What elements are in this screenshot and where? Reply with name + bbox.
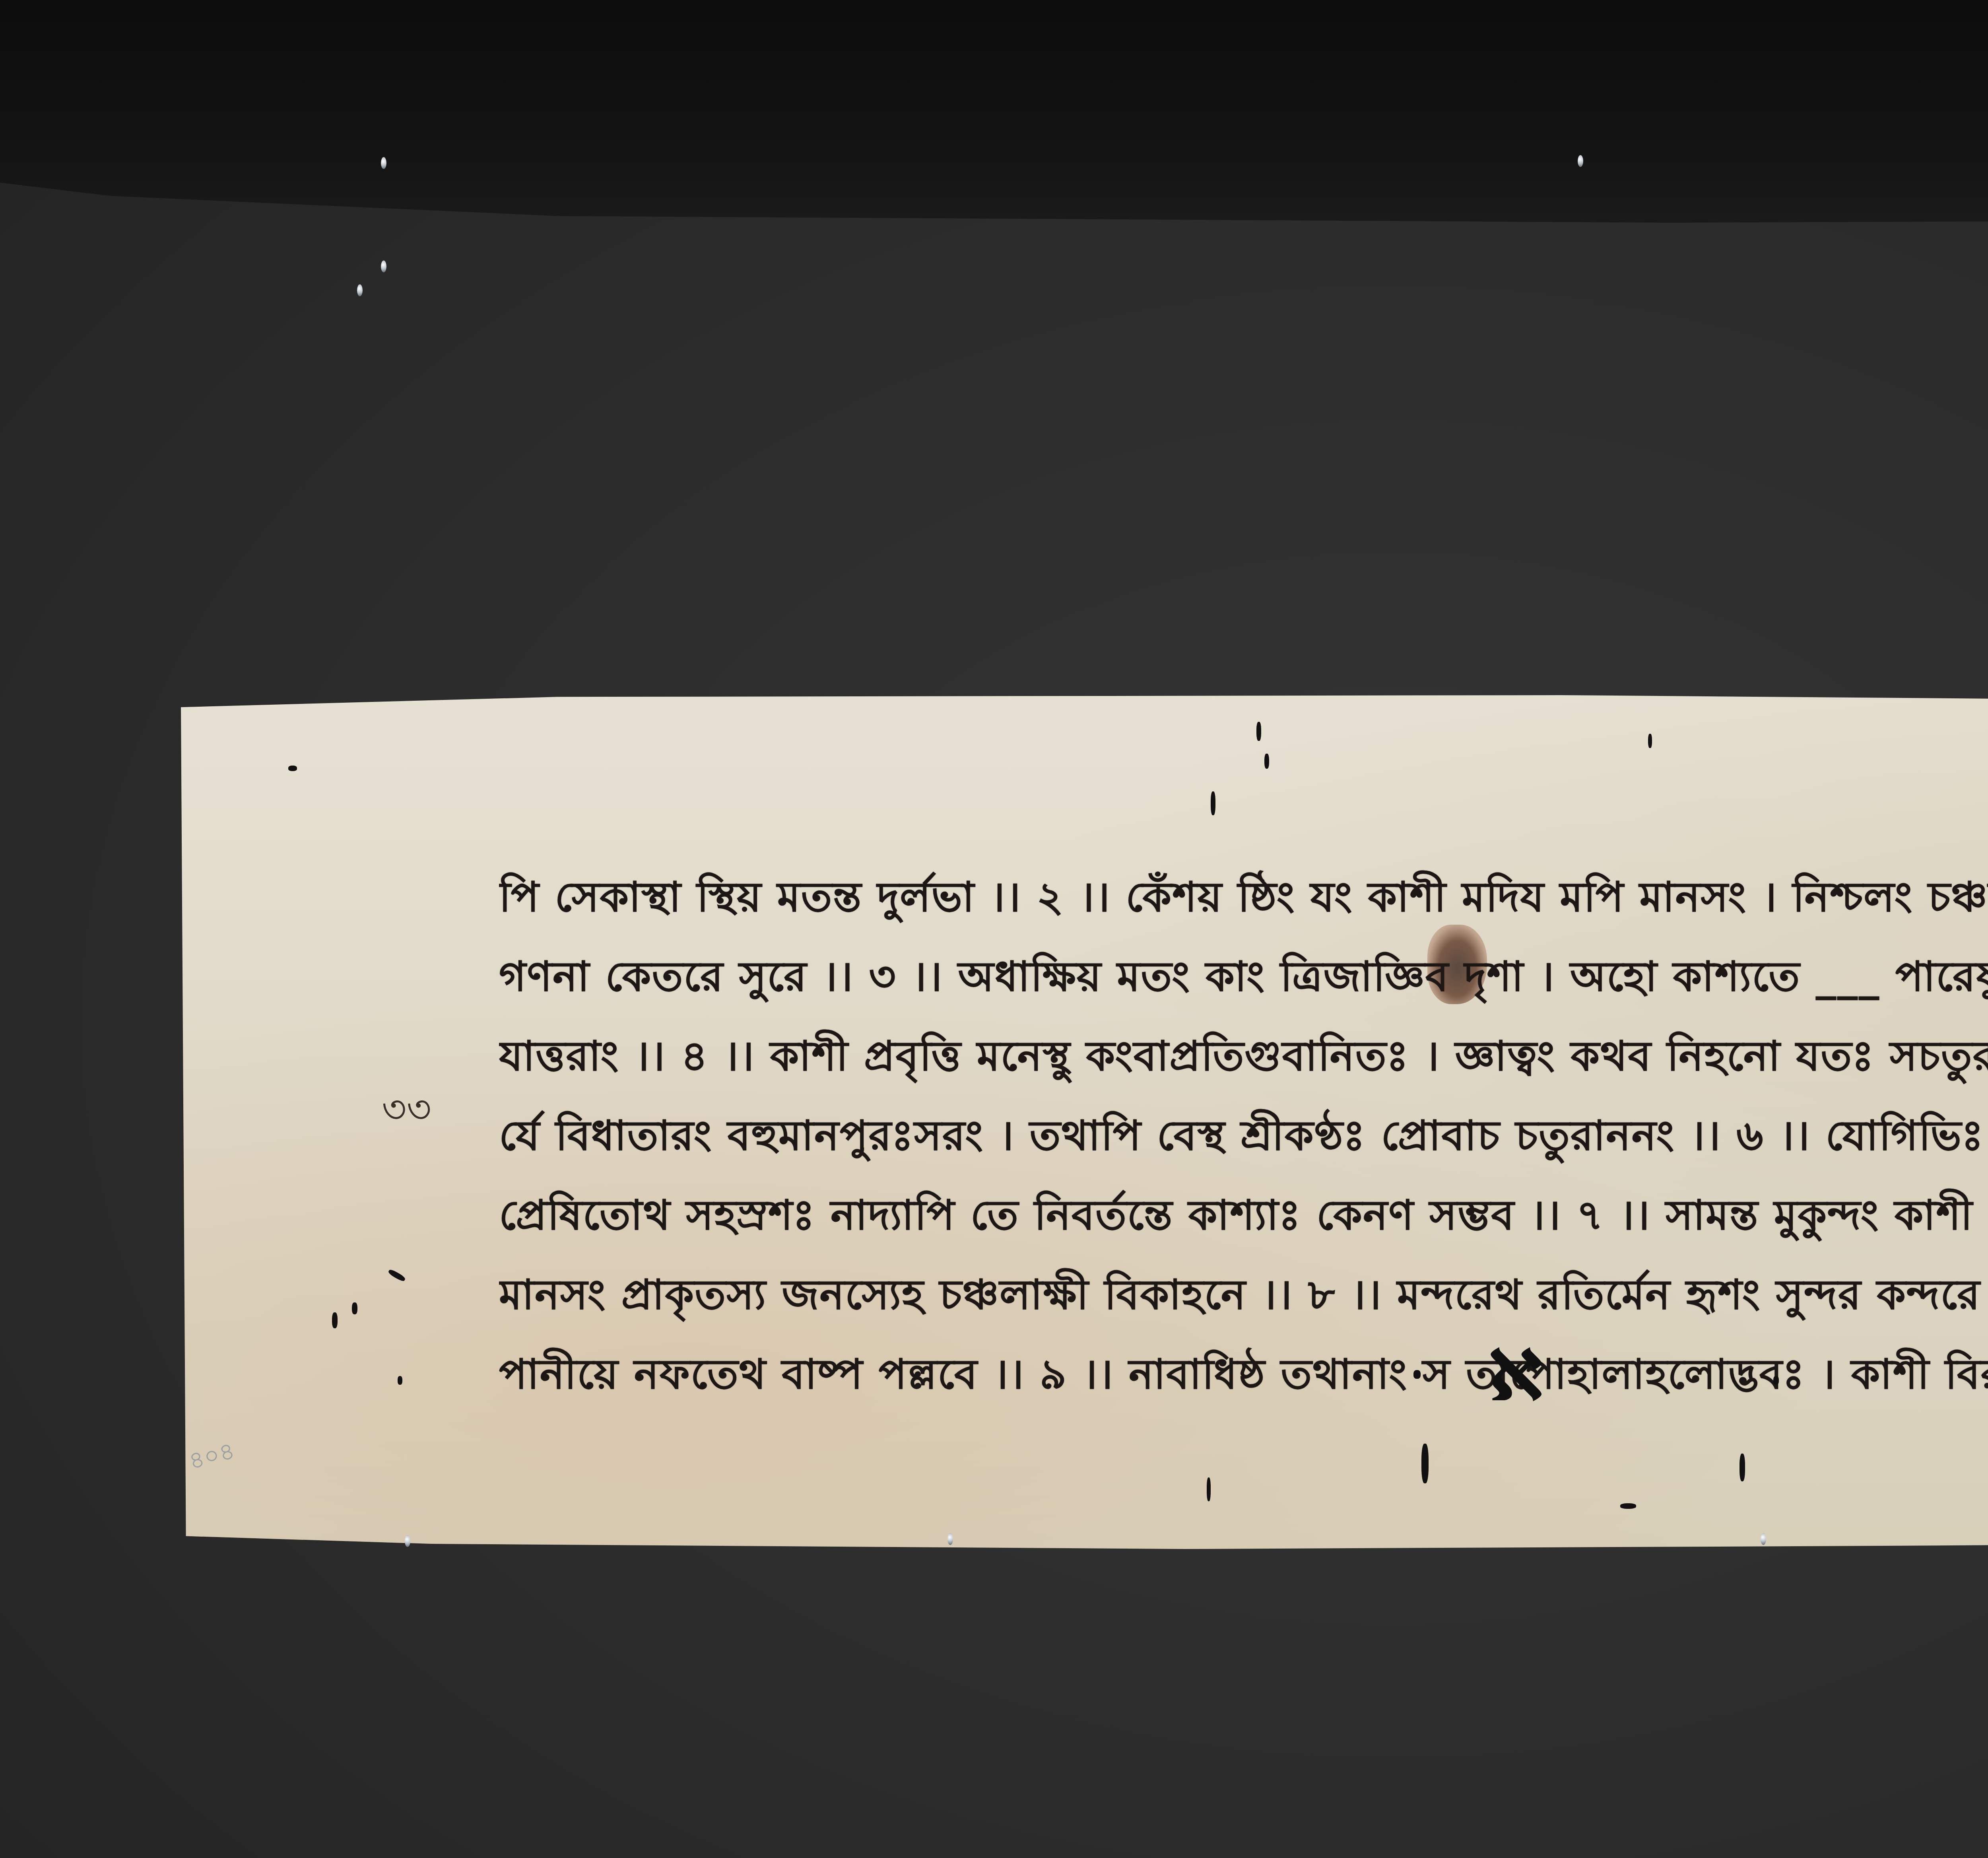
ink-dot [1620,1503,1636,1509]
pin-icon [1578,155,1583,167]
ink-dot [1648,734,1652,748]
pin-icon [357,284,363,296]
ink-dot [1264,754,1269,769]
pin-icon [381,157,386,169]
text-line: পানীয়ে নফতেথ বাষ্প পল্লবে ।। ৯ ।। নাবাধ… [499,1334,1988,1414]
ink-dot [1739,1454,1745,1481]
pin-icon [381,260,386,272]
pin-icon [947,1533,953,1545]
pencil-annotation-accession: ৪০৪ [184,1432,240,1483]
folio-margin-number: ৩৩ [382,1080,431,1144]
text-line: র্যে বিধাতারং বহুমানপুরঃসরং । তথাপি বেস্… [499,1096,1988,1175]
ink-dot [288,766,297,771]
ink-dot [332,1312,338,1328]
ink-dot [352,1302,357,1314]
ink-dot [1421,1444,1429,1483]
ink-dot [1773,1376,1779,1385]
ink-sketch-mark: ℵ [1487,1334,1544,1417]
ink-dot [1207,1477,1211,1501]
text-line: পি সেকাস্থা স্থিয় মতন্ত দুর্লভা ।। ২ ।।… [499,857,1988,937]
ink-dot [1413,1370,1421,1379]
ink-dot [1256,722,1261,741]
text-line: গণনা কেতরে সুরে ।। ৩ ।। অধাক্ষিয় মতং কা… [499,937,1988,1016]
manuscript-folio: ৩৩ পি সেকাস্থা স্থিয় মতন্ত দুর্লভা ।। ২… [181,690,1988,1549]
black-cover-flap [0,0,1988,223]
text-line: যাত্তরাং ।। ৪ ।। কাশী প্রবৃত্তি মনেস্থু … [499,1016,1988,1096]
text-line: মানসং প্রাকৃতস্য জনস্যেহ চঞ্চলাক্ষী বিকা… [499,1255,1988,1334]
pin-icon [1761,1533,1766,1545]
ink-dot [388,1268,406,1282]
ink-dot [398,1376,402,1385]
pin-icon [405,1535,410,1547]
manuscript-text: পি সেকাস্থা স্থিয় মতন্ত দুর্লভা ।। ২ ।।… [499,857,1988,1414]
text-line: প্রেষিতোথ সহস্রশঃ নাদ্যাপি তে নিবর্তন্তে… [499,1175,1988,1255]
ink-dot [1211,791,1215,815]
